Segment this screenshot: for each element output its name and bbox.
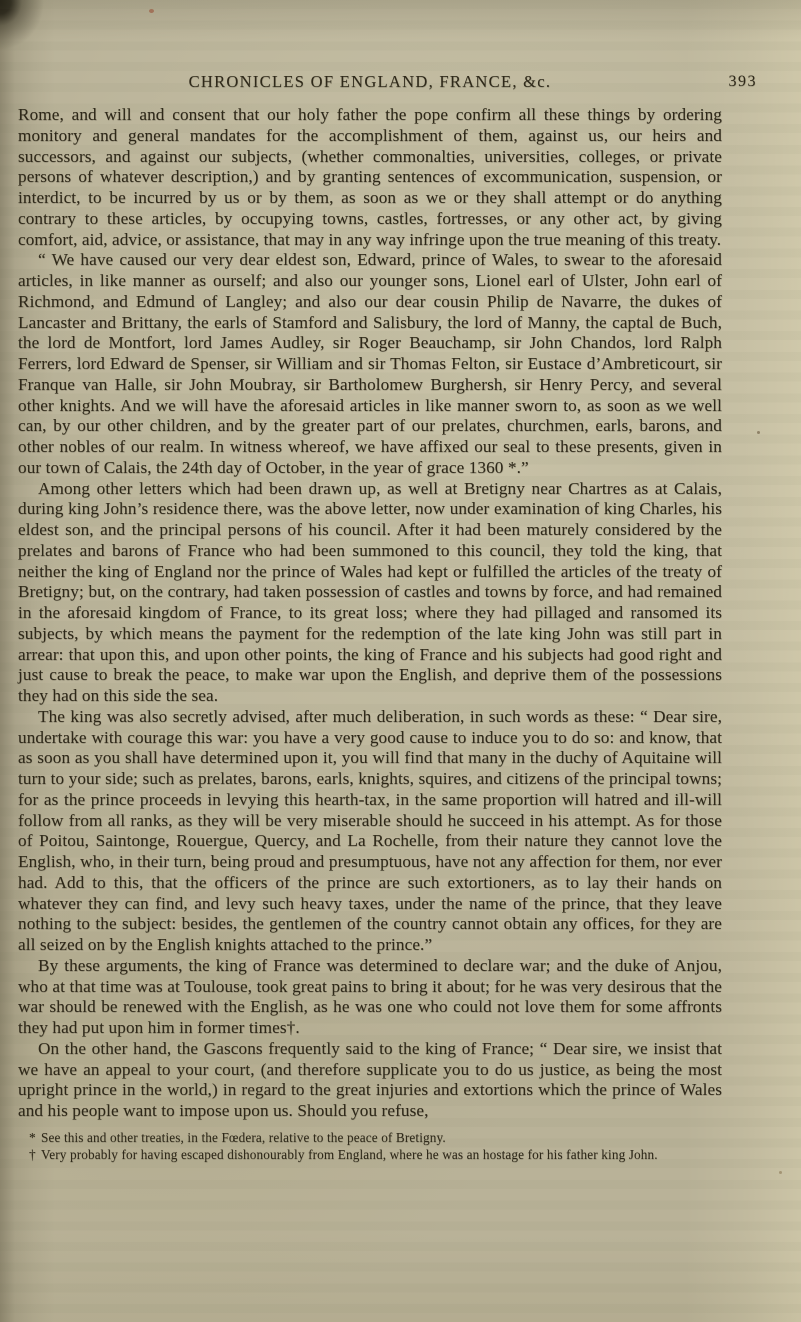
page-number: 393 <box>729 73 758 91</box>
footnote-marker-dagger: † <box>29 1146 41 1164</box>
footnote-asterisk: *See this and other treaties, in the Fœd… <box>29 1129 722 1147</box>
paper-speck <box>757 431 760 434</box>
text-column: Rome, and will and consent that our holy… <box>18 105 722 1164</box>
body-paragraph-4: The king was also secretly advised, afte… <box>18 707 722 956</box>
body-paragraph-2: “ We have caused our very dear eldest so… <box>18 250 722 478</box>
body-paragraph-5: By these arguments, the king of France w… <box>18 956 722 1039</box>
footnote-text-asterisk: See this and other treaties, in the Fœde… <box>41 1130 446 1145</box>
footnote-block: *See this and other treaties, in the Fœd… <box>18 1129 722 1164</box>
footnote-dagger: †Very probably for having escaped dishon… <box>29 1146 722 1164</box>
body-paragraph-6: On the other hand, the Gascons frequentl… <box>18 1039 722 1122</box>
body-paragraph-3: Among other letters which had been drawn… <box>18 479 722 707</box>
book-page: CHRONICLES OF ENGLAND, FRANCE, &c. 393 R… <box>0 0 801 1322</box>
running-header-title: CHRONICLES OF ENGLAND, FRANCE, &c. <box>18 72 722 92</box>
paper-speck <box>779 1171 782 1174</box>
footnote-text-dagger: Very probably for having escaped dishono… <box>41 1147 658 1162</box>
footnote-marker-asterisk: * <box>29 1129 41 1147</box>
paper-speck <box>149 9 154 13</box>
body-paragraph-1: Rome, and will and consent that our holy… <box>18 105 722 250</box>
